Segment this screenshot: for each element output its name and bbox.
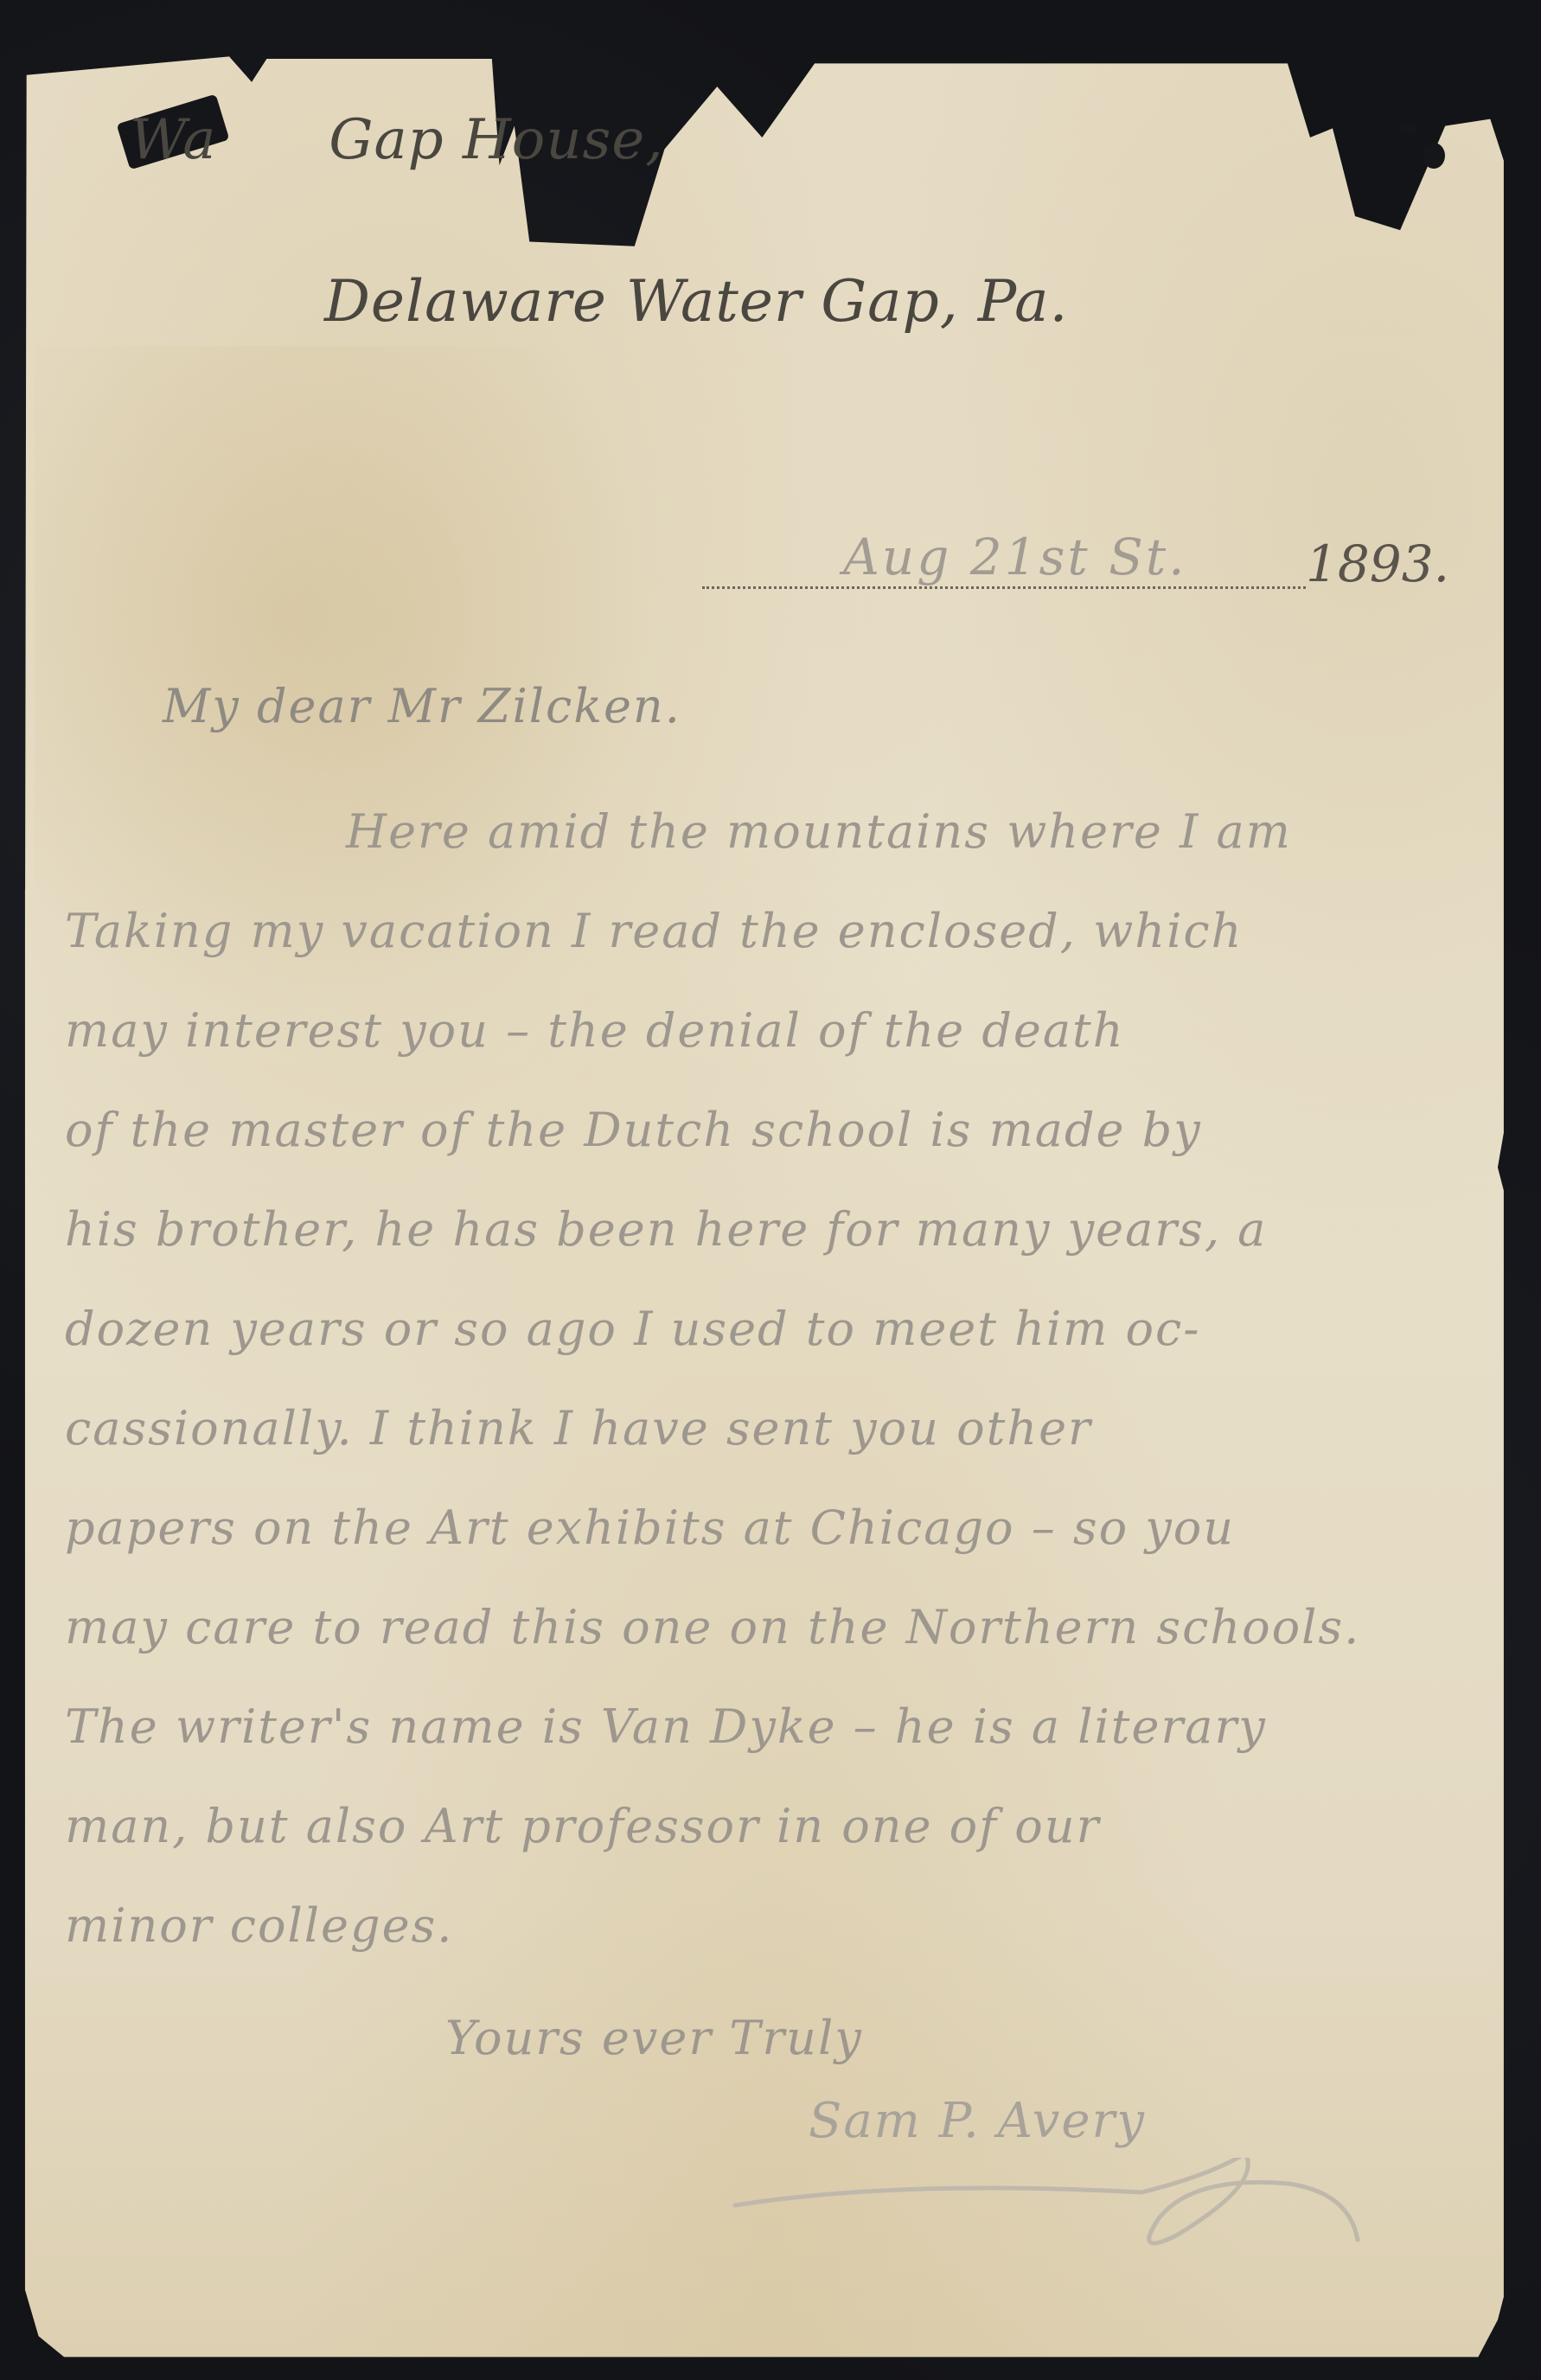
body-line: his brother, he has been here for many y…: [65, 1202, 1267, 1257]
closing: Yours ever Truly: [445, 2011, 863, 2065]
paper-hole: [1423, 143, 1445, 169]
body-line: of the master of the Dutch school is mad…: [65, 1103, 1202, 1157]
body-line: Here amid the mountains where I am: [346, 804, 1292, 859]
paper-hole: [1399, 121, 1418, 135]
body-line: cassionally. I think I have sent you oth…: [65, 1401, 1092, 1456]
salutation: My dear Mr Zilcken.: [163, 679, 681, 733]
date-dotted-line: [702, 586, 1306, 589]
date-handwritten: Aug 21st St.: [843, 528, 1187, 586]
body-line: The writer's name is Van Dyke – he is a …: [65, 1699, 1267, 1754]
body-line: may interest you – the denial of the dea…: [65, 1003, 1125, 1058]
signature: Sam P. Avery: [809, 2093, 1146, 2149]
letterhead-hotel-name: Wa Gap House,: [130, 108, 664, 172]
body-line: Taking my vacation I read the enclosed, …: [65, 904, 1243, 958]
date-year: 1893.: [1306, 534, 1449, 593]
body-line: man, but also Art professor in one of ou…: [65, 1799, 1100, 1853]
letterhead-location: Delaware Water Gap, Pa.: [324, 268, 1068, 335]
body-line: may care to read this one on the Norther…: [65, 1600, 1360, 1654]
body-line: minor colleges.: [65, 1898, 453, 1953]
body-line: dozen years or so ago I used to meet him…: [65, 1302, 1201, 1356]
body-line: papers on the Art exhibits at Chicago – …: [65, 1500, 1235, 1555]
signature-flourish: [726, 2158, 1366, 2262]
